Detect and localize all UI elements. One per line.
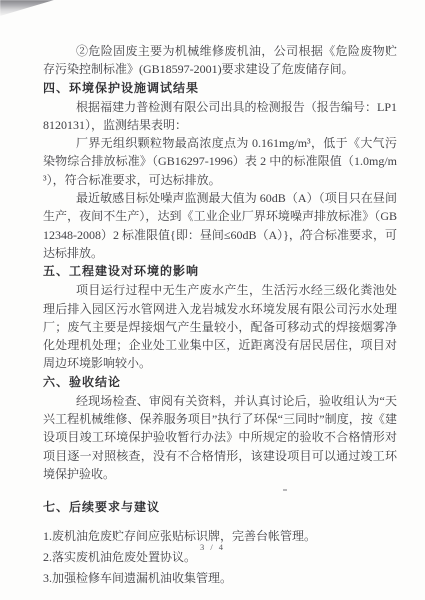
- recommendation-item: 3.加强检修车间遗漏机油收集管理。: [43, 568, 397, 589]
- page-corner-shadow: [0, 0, 54, 16]
- section-heading: 五、工程建设对环境的影响: [43, 262, 397, 281]
- body-paragraph: 厂界无组织颗粒物最高浓度点为 0.161mg/m³，低于《大气污染物综合排放标准…: [43, 134, 397, 189]
- scanned-document-page: ②危险固废主要为机械维修废机油，公司根据《危险废物贮存污染控制标准》(GB185…: [0, 0, 425, 600]
- section-heading: 六、验收结论: [43, 373, 397, 392]
- body-paragraph: ②危险固废主要为机械维修废机油，公司根据《危险废物贮存污染控制标准》(GB185…: [43, 42, 397, 79]
- page-number: 3 / 4: [0, 542, 425, 552]
- body-paragraph: 项目运行过程中无生产废水产生，生活污水经三级化粪池处理后排入园区污水管网进入龙岩…: [43, 281, 397, 372]
- document-body: ②危险固废主要为机械维修废机油，公司根据《危险废物贮存污染控制标准》(GB185…: [43, 42, 397, 589]
- body-paragraph: 最近敏感目标处噪声监测最大值为 60dB（A）（项目只在昼间生产，夜间不生产），…: [43, 189, 397, 262]
- body-paragraph: 根据福建力普检测有限公司出具的检测报告（报告编号：LP18120131），监测结…: [43, 98, 397, 135]
- section-heading: 七、后续要求与建议: [43, 498, 397, 517]
- body-paragraph: 经现场检查、审阅有关资料，并认真讨论后，验收组认为“天兴工程机械维修、保养服务项…: [43, 392, 397, 483]
- section-heading: 四、环境保护设施调试结果: [43, 79, 397, 98]
